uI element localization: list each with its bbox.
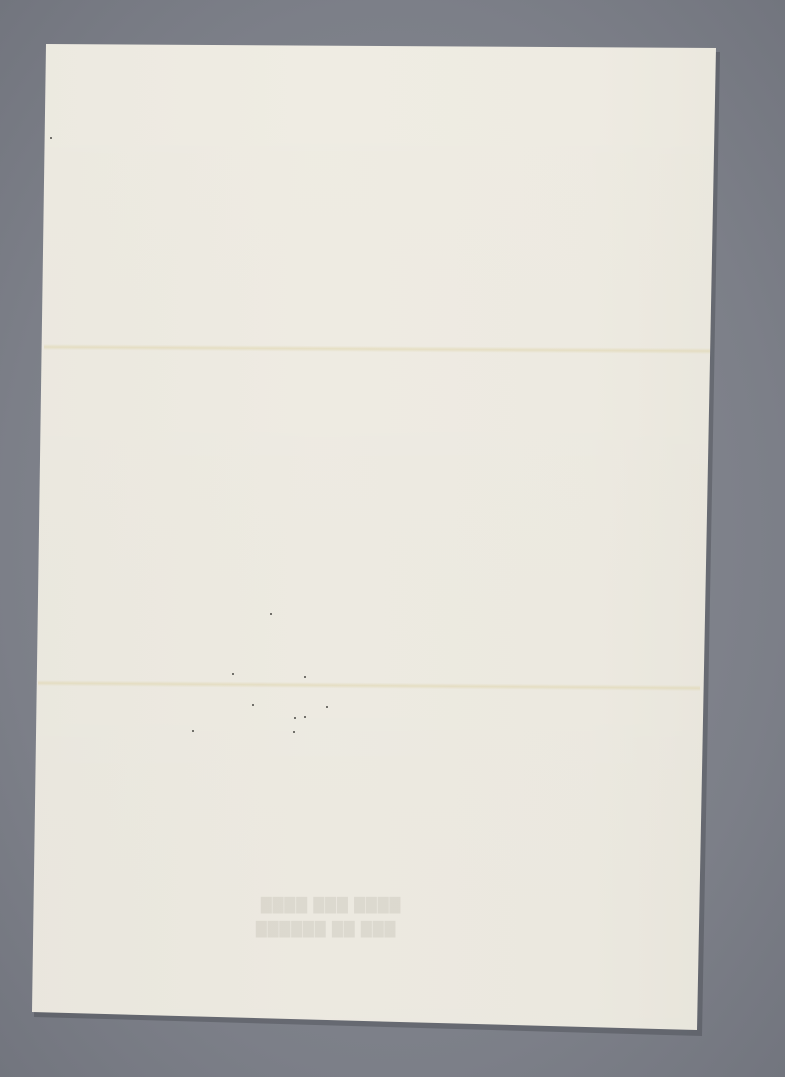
paper-speck — [232, 673, 234, 675]
paper-speck — [293, 731, 295, 733]
paper-speck — [252, 704, 254, 706]
photo-scene: ████ ███ ████ ███ ██ ██████ — [0, 0, 785, 1077]
paper-speck — [304, 676, 306, 678]
paper-speck — [192, 730, 194, 732]
paper-speck — [270, 613, 272, 615]
paper-sheet — [0, 0, 785, 1077]
paper-speck — [304, 716, 306, 718]
show-through-text: ███ ██ ██████ — [255, 922, 395, 938]
paper-speck — [326, 706, 328, 708]
paper-speck — [50, 137, 52, 139]
show-through-text: ████ ███ ████ — [260, 898, 400, 914]
paper-speck — [294, 717, 296, 719]
